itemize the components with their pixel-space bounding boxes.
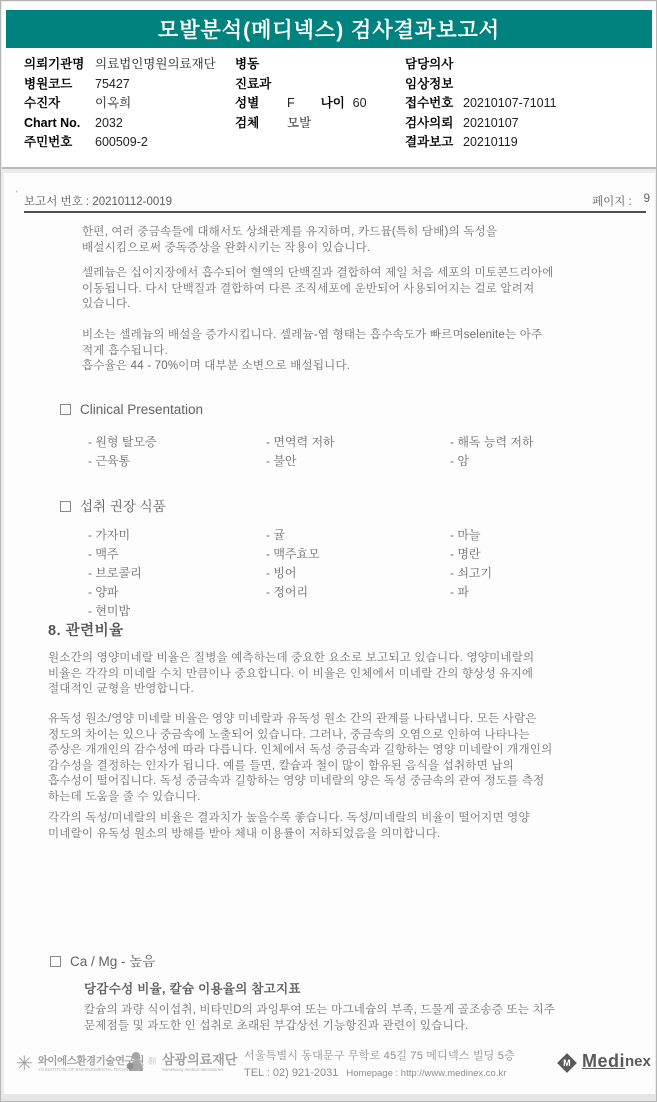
field-ward: 병동 [235, 55, 367, 75]
clinical-presentation-title: Clinical Presentation [80, 402, 203, 417]
field-result-report-date: 결과보고20210119 [405, 133, 557, 153]
samkwang-logo: 재단법인 삼광의료재단 Samkwang medical laboratorie… [126, 1049, 247, 1074]
checkbox-icon [60, 501, 71, 512]
header-divider-line [24, 211, 646, 213]
field-label: 검사의뢰 [405, 114, 463, 134]
tel-text: TEL : 02) 921-2031 [244, 1067, 338, 1079]
recommended-foods-heading: 섭취 권장 식품 [60, 495, 166, 515]
paragraph-selenium-absorption: 셀레늄은 십이지장에서 흡수되어 혈액의 단백질과 결합하여 제일 처음 세포의… [82, 266, 657, 313]
list-item: - 파 [450, 583, 492, 602]
clinical-list-column-1: - 원형 탈모증 - 근육통 [88, 433, 157, 471]
field-label: 의뢰기관명 [24, 55, 95, 75]
samkwang-name: 삼광의료재단 [162, 1049, 247, 1068]
contact-line: TEL : 02) 921-2031Homepage : http://www.… [244, 1067, 529, 1079]
footer: ✳ 와이에스환경기술연구원 YS INSTITUTE OF ENVIRONMEN… [4, 1041, 655, 1094]
field-label: 담당의사 [405, 55, 463, 75]
medinex-brand-part2: nex [625, 1053, 651, 1070]
field-label: 주민번호 [24, 133, 95, 153]
list-item: - 암 [450, 452, 534, 471]
field-value: 20210107 [463, 116, 519, 130]
list-item: - 브로콜리 [88, 564, 142, 583]
field-value: 2032 [95, 116, 123, 130]
scan-artifact: ' [16, 189, 18, 199]
list-item: - 정어리 [266, 583, 320, 602]
list-item: - 양파 [88, 583, 142, 602]
patient-info-column-2: 병동 진료과 성별F나이60 검체모발 [235, 55, 367, 133]
ca-mg-description: 칼슘의 과량 식이섭취, 비타민D의 과잉투여 또는 마그네슘의 부족, 드물게… [84, 1003, 624, 1034]
clinical-list-column-2: - 면역력 저하 - 불안 [266, 433, 335, 471]
field-value: 20210107-71011 [463, 96, 557, 110]
field-doctor: 담당의사 [405, 55, 557, 75]
list-item: - 근육통 [88, 452, 157, 471]
field-label: 임상정보 [405, 75, 463, 95]
bottom-margin-strip [1, 1094, 657, 1102]
report-title: 모발분석(메디넥스) 검사결과보고서 [158, 14, 500, 44]
field-label: 성별 [235, 94, 287, 114]
field-test-request-date: 검사의뢰20210107 [405, 114, 557, 134]
field-value: 75427 [95, 77, 130, 91]
field-clinical-info: 임상정보 [405, 75, 557, 95]
clinical-presentation-heading: Clinical Presentation [60, 402, 203, 417]
field-value: F [287, 96, 295, 110]
field-label: 결과보고 [405, 133, 463, 153]
field-label: 수진자 [24, 94, 95, 114]
report-title-bar: 모발분석(메디넥스) 검사결과보고서 [6, 10, 652, 48]
field-value: 20210119 [463, 135, 518, 149]
scanned-report-body: ' · 보고서 번호 : 20210112-0019 페이지 : 9 한편, 여… [4, 173, 655, 1094]
hair-analysis-report-page: { "title_bar": { "text": "모발분석(메디넥스) 검사결… [0, 0, 657, 1102]
field-label: 나이 [321, 94, 353, 114]
field-label: 진료과 [235, 75, 287, 95]
report-number: 보고서 번호 : 20210112-0019 [24, 193, 172, 209]
patient-info-column-1: 의뢰기관명의료법인명원의료재단 병원코드75427 수진자이옥희 Chart N… [24, 55, 216, 153]
report-header-panel: 모발분석(메디넥스) 검사결과보고서 의뢰기관명의료법인명원의료재단 병원코드7… [2, 2, 656, 169]
field-sex-age: 성별F나이60 [235, 94, 367, 114]
samkwang-text: 삼광의료재단 Samkwang medical laboratories [162, 1049, 247, 1074]
field-label: 검체 [235, 114, 287, 134]
starburst-logo-icon: ✳ [16, 1051, 33, 1076]
field-age: 나이60 [321, 96, 367, 110]
list-item: - 맥주효모 [266, 545, 320, 564]
list-item: - 원형 탈모증 [88, 433, 157, 452]
list-item: - 명란 [450, 545, 492, 564]
samkwang-prefix: 재단법인 [148, 1058, 158, 1065]
field-resident-no: 주민번호600509-2 [24, 133, 216, 153]
address-line: 서울특별시 동대문구 무학로 45길 75 메디넥스 빌딩 5층 [244, 1047, 529, 1063]
list-item: - 맥주 [88, 545, 142, 564]
recommended-foods-title: 섭취 권장 식품 [80, 499, 166, 514]
list-item: - 마늘 [450, 526, 492, 545]
field-value: 모발 [287, 116, 311, 130]
medinex-logo: M Medi nex [560, 1051, 651, 1072]
ca-mg-heading: Ca / Mg - 높음 [50, 950, 155, 970]
paragraph-toxic-ratio: 유독성 원소/영양 미네랄 비율은 영양 미네랄과 유독성 원소 간의 관계를 … [48, 712, 648, 806]
field-label: 병동 [235, 55, 287, 75]
field-requesting-org: 의뢰기관명의료법인명원의료재단 [24, 55, 216, 75]
field-specimen: 검체모발 [235, 114, 367, 134]
homepage-text: Homepage : http://www.medinex.co.kr [346, 1068, 506, 1079]
field-value: 600509-2 [95, 135, 148, 149]
samkwang-person-icon [126, 1051, 144, 1073]
field-receipt-no: 접수번호20210107-71011 [405, 94, 557, 114]
list-item: - 불안 [266, 452, 335, 471]
ca-mg-title: Ca / Mg - 높음 [70, 954, 155, 969]
field-patient-name: 수진자이옥희 [24, 94, 216, 114]
field-value: 60 [353, 96, 367, 110]
paragraph-arsenic-selenite: 비소는 셀레늄의 배설을 증가시킵니다. 셀레늄-염 형태는 흡수속도가 빠르며… [82, 328, 657, 375]
field-value: 의료법인명원의료재단 [95, 57, 216, 71]
field-department: 진료과 [235, 75, 367, 95]
field-chart-no: Chart No.2032 [24, 114, 216, 134]
list-item: - 해독 능력 저하 [450, 433, 534, 452]
clinical-list-column-3: - 해독 능력 저하 - 암 [450, 433, 534, 471]
section-8-heading: 8. 관련비율 [48, 619, 124, 640]
page-number-label: 페이지 : [592, 193, 632, 209]
ca-mg-subtitle: 당감수성 비율, 칼슘 이용율의 참고지표 [84, 979, 301, 997]
checkbox-icon [50, 956, 61, 967]
field-hospital-code: 병원코드75427 [24, 75, 216, 95]
field-value: 이옥희 [95, 96, 131, 110]
address-block: 서울특별시 동대문구 무학로 45길 75 메디넥스 빌딩 5층 TEL : 0… [244, 1047, 529, 1079]
field-label: Chart No. [24, 114, 95, 134]
foods-list-column-2: - 귤 - 맥주효모 - 빙어 - 정어리 [266, 526, 320, 602]
paragraph-ratio-importance: 원소간의 영양미네랄 비율은 질병을 예측하는데 중요한 요소로 보고되고 있습… [48, 651, 648, 698]
page-number-value: 9 [640, 193, 650, 205]
medinex-diamond-icon: M [557, 1053, 577, 1073]
list-item: - 빙어 [266, 564, 320, 583]
paragraph-ratio-meaning: 각각의 독성/미네랄의 비율은 결과치가 높을수록 좋습니다. 독성/미네랄의 … [48, 811, 648, 842]
medinex-brand-part1: Medi [582, 1051, 625, 1072]
samkwang-subtitle: Samkwang medical laboratories [162, 1068, 223, 1072]
list-item: - 귤 [266, 526, 320, 545]
foods-list-column-1: - 가자미 - 맥주 - 브로콜리 - 양파 - 현미밥 [88, 526, 142, 621]
list-item: - 가자미 [88, 526, 142, 545]
foods-list-column-3: - 마늘 - 명란 - 쇠고기 - 파 [450, 526, 492, 602]
checkbox-icon [60, 404, 71, 415]
field-label: 병원코드 [24, 75, 95, 95]
list-item: - 쇠고기 [450, 564, 492, 583]
field-label: 접수번호 [405, 94, 463, 114]
patient-info-column-3: 담당의사 임상정보 접수번호20210107-71011 검사의뢰2021010… [405, 55, 557, 153]
paragraph-cadmium: 한편, 여러 중금속들에 대해서도 상쇄관계를 유지하며, 카드뮴(특히 담배)… [82, 225, 657, 256]
list-item: - 면역력 저하 [266, 433, 335, 452]
